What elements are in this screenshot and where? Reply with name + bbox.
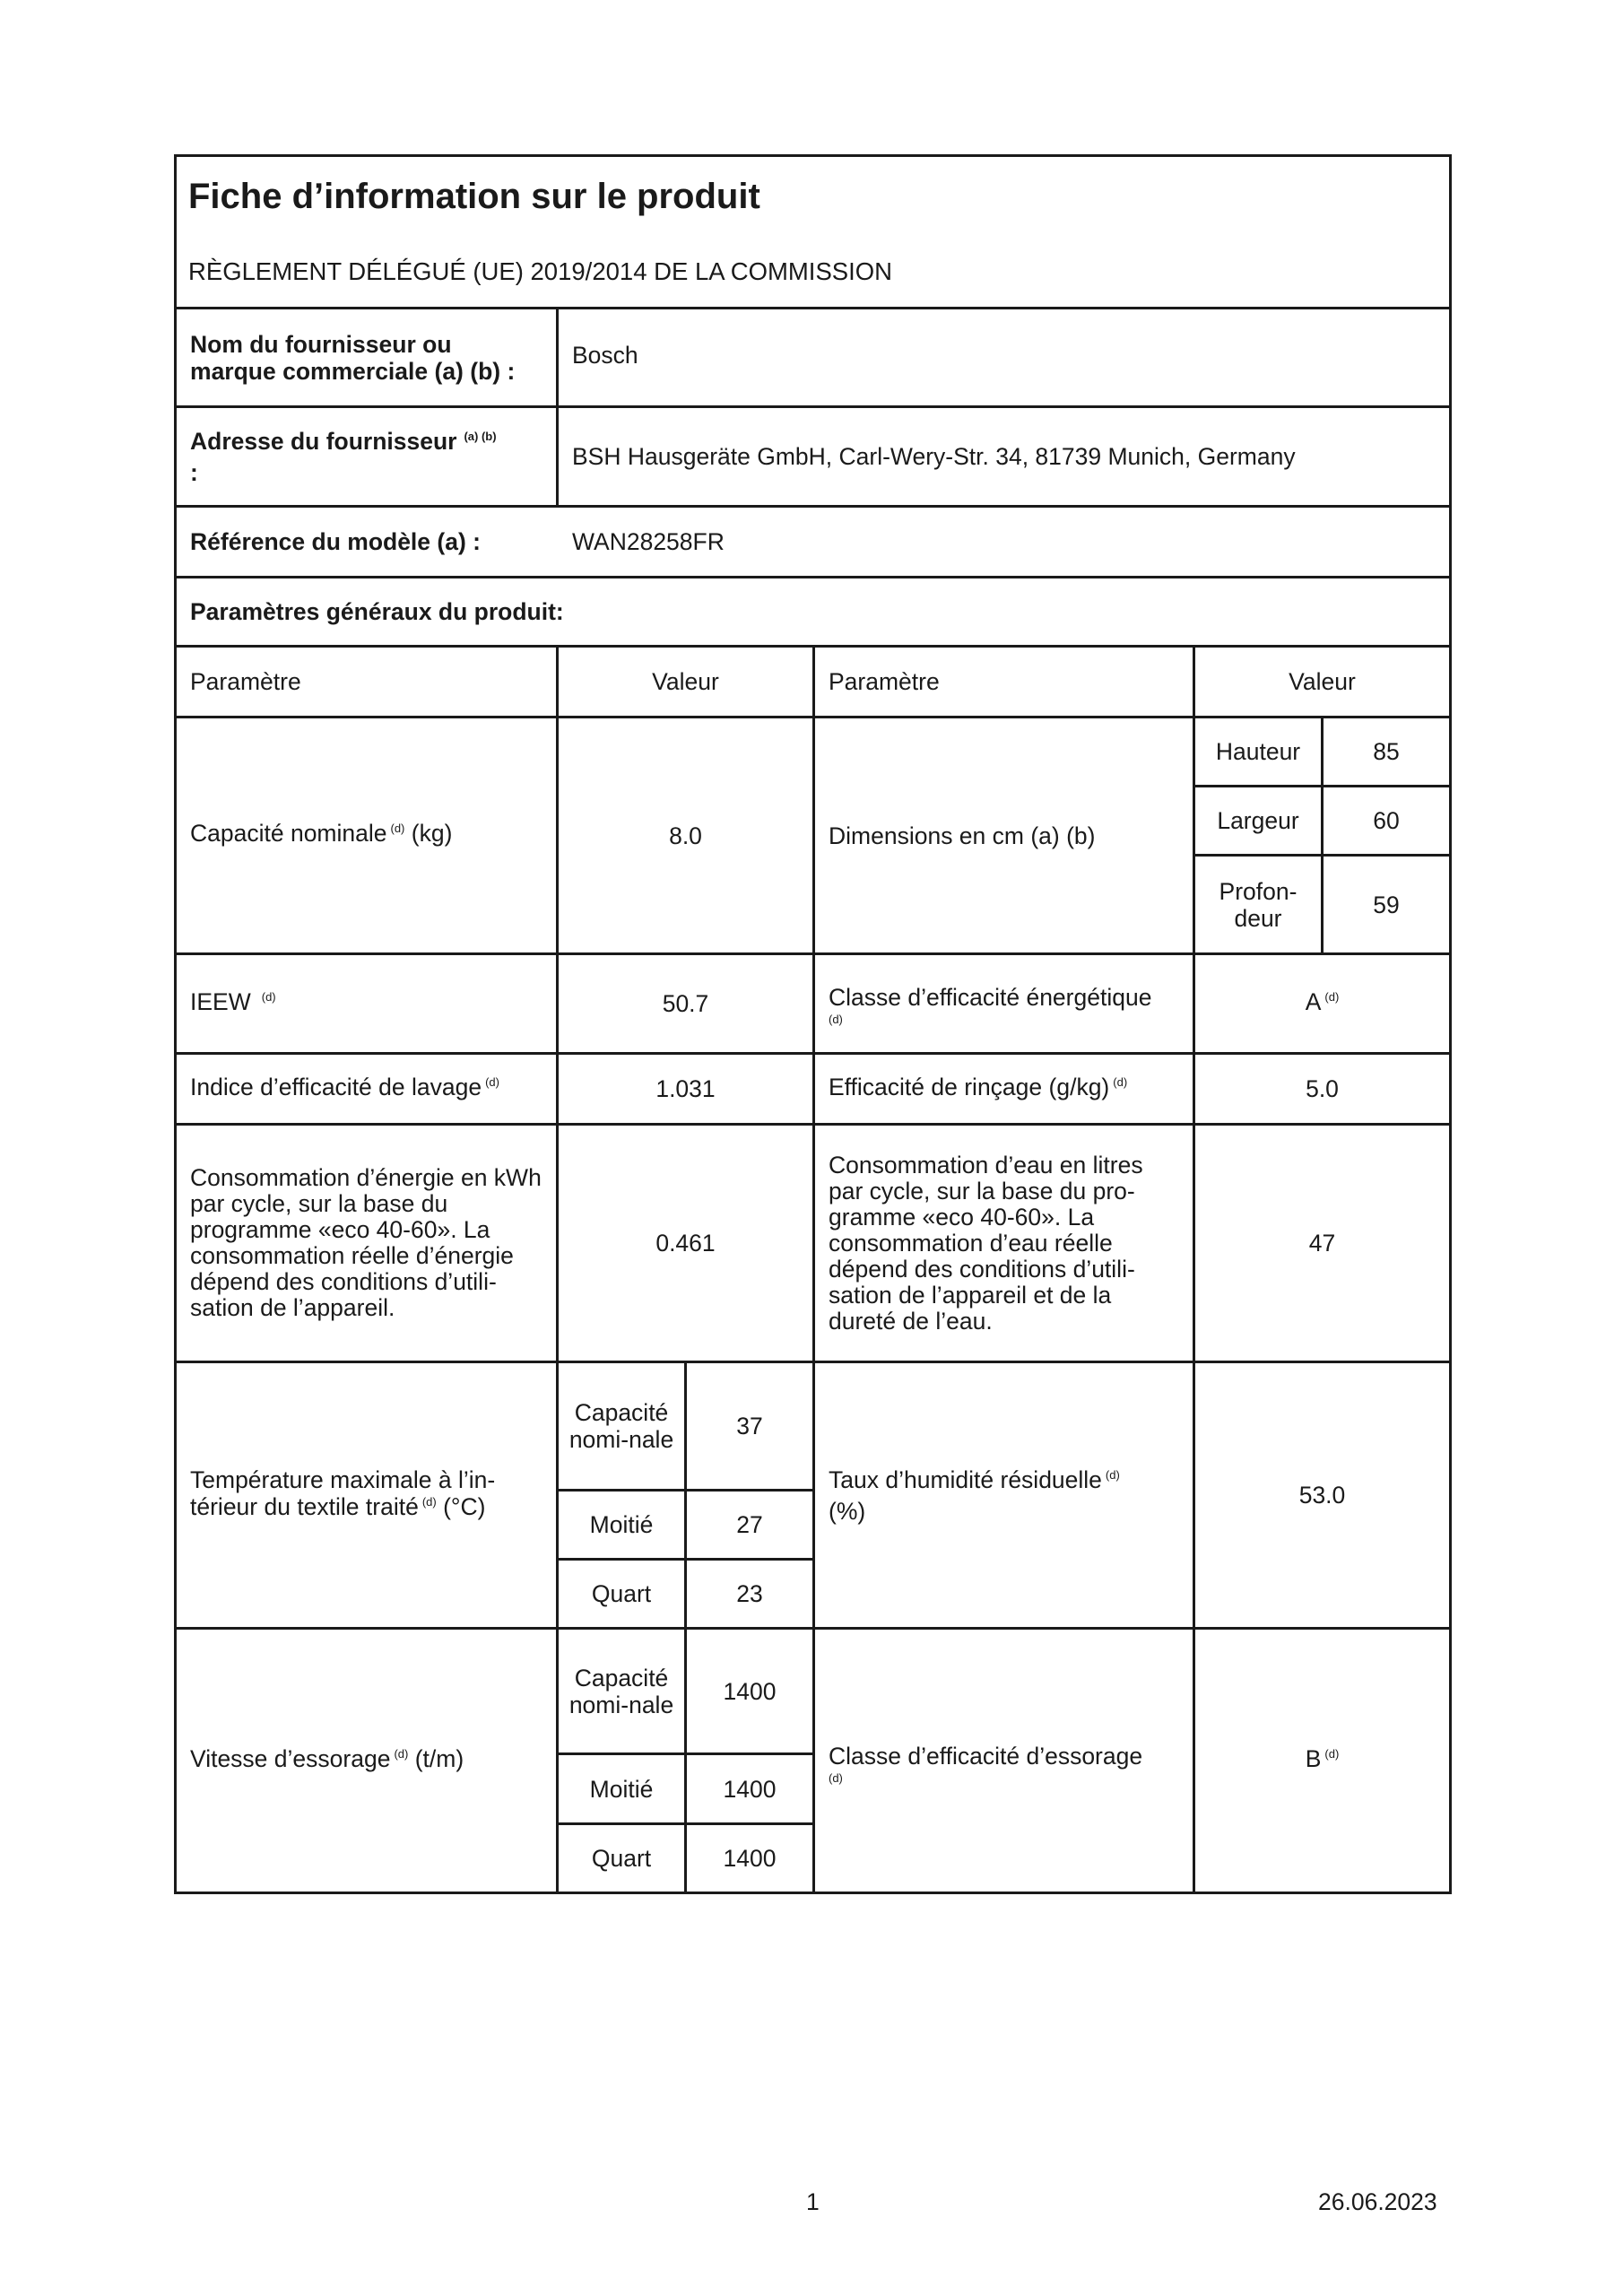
temperature-quarter-label: Quart [559,1561,684,1627]
temperature-rated-capacity-value: 37 [687,1363,812,1489]
washing-efficiency-value: 1.031 [559,1055,812,1123]
general-parameters-heading: Paramètres généraux du produit: [177,578,1449,645]
supplier-address-label: Adresse du fournisseur(a) (b): [177,408,556,505]
temperature-half-value: 27 [687,1492,812,1558]
dimension-height-value: 85 [1324,718,1449,785]
spin-half-value: 1400 [687,1755,812,1822]
washing-efficiency-label: Indice d’efficacité de lavage(d) [177,1055,556,1123]
rinsing-effectiveness-value: 5.0 [1195,1055,1449,1123]
temperature-quarter-value: 23 [687,1561,812,1627]
column-header-value: Valeur [559,648,812,716]
water-consumption-value: 47 [1195,1126,1449,1361]
spin-speed-label: Vitesse d’essorage(d) (t/m) [177,1630,556,1892]
dimension-height-label: Hauteur [1195,718,1321,785]
supplier-address-value: BSH Hausgeräte GmbH, Carl-Wery-Str. 34, … [559,408,1449,505]
energy-class-value: A(d) [1195,955,1449,1052]
column-header-value: Valeur [1195,648,1449,716]
page-number: 1 [806,2188,820,2216]
water-consumption-label: Consommation d’eau en litres par cycle, … [815,1126,1193,1361]
max-temperature-label: Température maximale à l’in-térieur du t… [177,1363,556,1627]
spin-quarter-label: Quart [559,1825,684,1892]
residual-moisture-value: 53.0 [1195,1363,1449,1627]
column-header-parameter: Paramètre [815,648,1193,716]
temperature-rated-capacity-label: Capacité nomi-nale [559,1363,684,1489]
supplier-name-value: Bosch [559,309,1449,405]
column-header-parameter: Paramètre [177,648,556,716]
model-reference-label: Référence du modèle (a) : [177,508,556,576]
dimension-depth-value: 59 [1324,857,1449,952]
energy-consumption-label: Consommation d’énergie en kWh par cycle,… [177,1126,556,1361]
spin-rated-capacity-label: Capacité nomi-nale [559,1630,684,1752]
document-date: 26.06.2023 [1318,2188,1437,2216]
ieew-value: 50.7 [559,955,812,1052]
energy-consumption-value: 0.461 [559,1126,812,1361]
spin-class-value: B(d) [1195,1630,1449,1892]
spin-class-label: Classe d’efficacité d’essorage(d) [815,1630,1193,1892]
dimensions-label: Dimensions en cm (a) (b) [815,718,1193,952]
dimension-depth-label: Profon-deur [1195,857,1321,952]
temperature-half-label: Moitié [559,1492,684,1558]
spin-quarter-value: 1400 [687,1825,812,1892]
dimension-width-value: 60 [1324,787,1449,854]
supplier-name-label: Nom du fournisseur ou marque commerciale… [177,309,556,405]
spin-rated-capacity-value: 1400 [687,1630,812,1752]
dimension-width-label: Largeur [1195,787,1321,854]
spin-half-label: Moitié [559,1755,684,1822]
energy-class-label: Classe d’efficacité énergétique(d) [815,955,1193,1052]
regulation-reference: RÈGLEMENT DÉLÉGUÉ (UE) 2019/2014 DE LA C… [188,257,892,287]
page-title: Fiche d’information sur le produit [188,175,760,218]
ieew-label: IEEW(d) [177,955,556,1052]
residual-moisture-label: Taux d’humidité résiduelle(d)(%) [815,1363,1193,1627]
rinsing-effectiveness-label: Efficacité de rinçage (g/kg)(d) [815,1055,1193,1123]
rated-capacity-value: 8.0 [559,718,812,952]
model-reference-value: WAN28258FR [559,508,1449,576]
rated-capacity-label: Capacité nominale(d) (kg) [177,718,556,952]
